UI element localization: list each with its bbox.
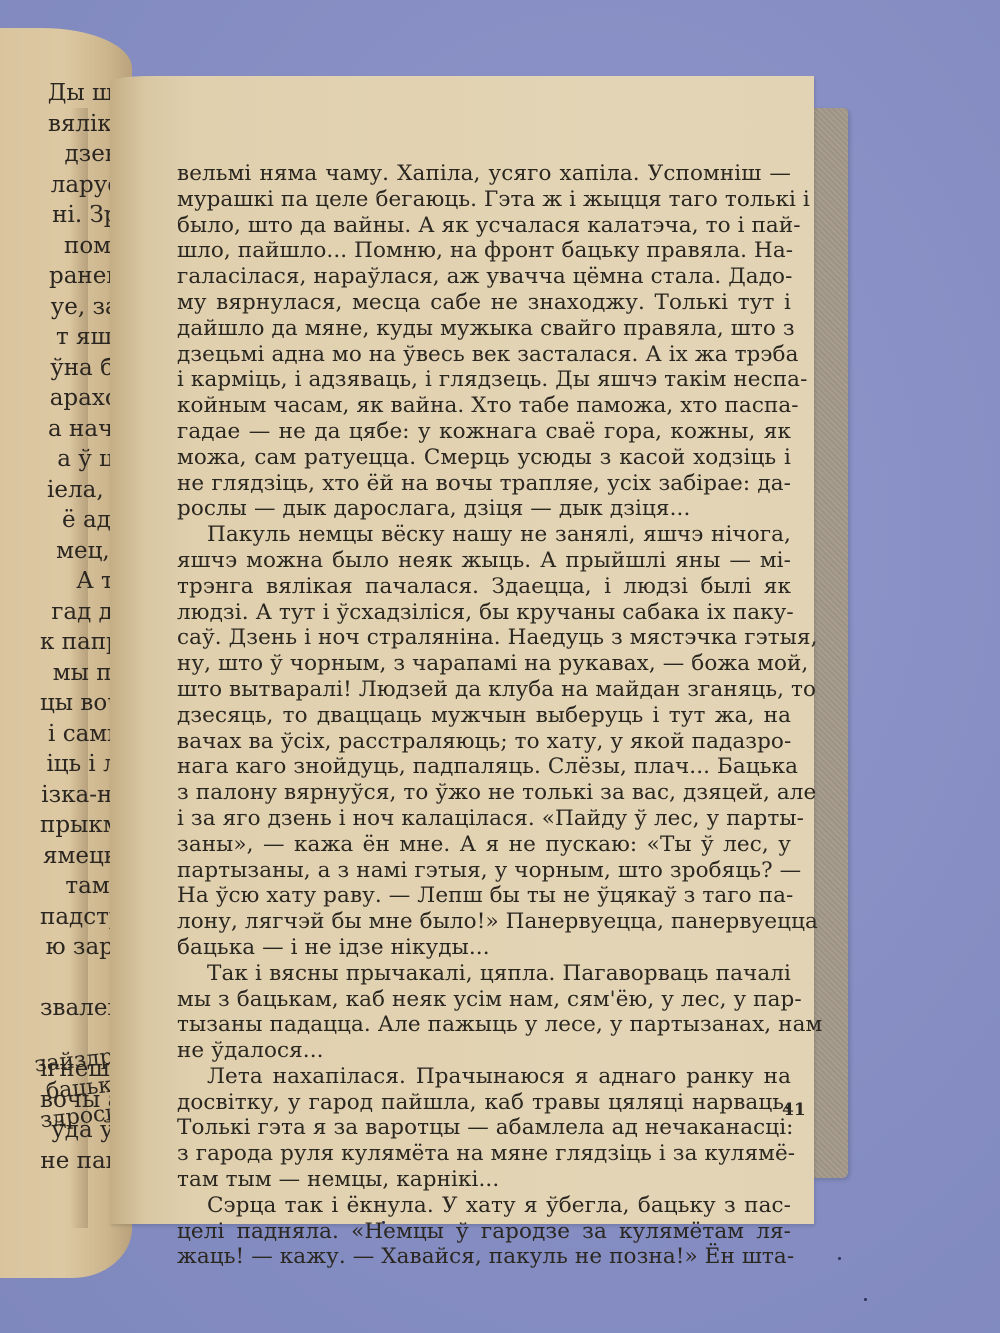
text-line: не глядзіць, хто ёй на вочы трапляе, усі… xyxy=(177,471,791,497)
page-body-text: вельмі няма чаму. Хапіла, усяго хапіла. … xyxy=(177,161,791,1270)
text-line: койным часам, як вайна. Хто табе паможа,… xyxy=(177,393,791,419)
text-line: партызаны, а з намі гэтыя, у чорным, што… xyxy=(177,858,791,884)
text-line: му вярнулася, месца сабе не знаходжу. То… xyxy=(177,290,791,316)
text-line: целі падняла. «Немцы ў гародзе за кулямё… xyxy=(177,1219,791,1245)
text-line: жаць! — кажу. — Хавайся, пакуль не позна… xyxy=(177,1244,791,1270)
text-line: дзецьмі адна мо на ўвесь век засталася. … xyxy=(177,342,791,368)
text-line: гадае — не да цябе: у кожнага сваё гора,… xyxy=(177,419,791,445)
text-line: тызаны падацца. Але пажыць у лесе, у пар… xyxy=(177,1012,791,1038)
text-line: мы з бацькам, каб неяк усім нам, сям'ёю,… xyxy=(177,987,791,1013)
text-line: рослы — дык дарослага, дзіця — дык дзіця… xyxy=(177,496,791,522)
text-line: бацька — і не ідзе нікуды... xyxy=(177,935,791,961)
text-line: галасілася, нараўлася, аж увачча цёмна с… xyxy=(177,264,791,290)
text-line: дзесяць, то дваццаць мужчын выберуць і т… xyxy=(177,703,791,729)
text-line: Пакуль немцы вёску нашу не занялі, яшчэ … xyxy=(177,522,791,548)
text-line: Толькі гэта я за варотцы — абамлела ад н… xyxy=(177,1115,791,1141)
dust-speck xyxy=(382,1221,385,1224)
text-line: Лета нахапілася. Прачынаюся я аднаго ран… xyxy=(177,1064,791,1090)
text-line: дайшло да мяне, куды мужыка свайго правя… xyxy=(177,316,791,342)
dust-speck xyxy=(838,1257,841,1260)
text-line: Так і вясны прычакалі, цяпла. Пагаворвац… xyxy=(177,961,791,987)
text-line: досвітку, у гарод пайшла, каб травы цяля… xyxy=(177,1090,791,1116)
text-line: вачах ва ўсіх, расстраляюць; то хату, у … xyxy=(177,729,791,755)
text-line: што вытваралі! Людзей да клуба на майдан… xyxy=(177,677,791,703)
text-line: з палону вярнуўся, то ўжо не толькі за в… xyxy=(177,780,791,806)
text-line: і карміць, і адзяваць, і глядзець. Ды яш… xyxy=(177,367,791,393)
text-line: вельмі няма чаму. Хапіла, усяго хапіла. … xyxy=(177,161,791,187)
text-line: там тым — немцы, карнікі... xyxy=(177,1167,791,1193)
text-line: было, што да вайны. А як усчалася калатэ… xyxy=(177,213,791,239)
text-line: яшчэ можна было неяк жыць. А прыйшлі яны… xyxy=(177,548,791,574)
text-line: з гарода руля кулямёта на мяне глядзіць … xyxy=(177,1141,791,1167)
text-line: заны», — кажа ён мне. А я не пускаю: «Ты… xyxy=(177,832,791,858)
text-line: нага каго знойдуць, падпаляць. Слёзы, пл… xyxy=(177,754,791,780)
text-line: лону, лягчэй бы мне было!» Панервуецца, … xyxy=(177,909,791,935)
text-line: людзі. А тут і ўсхадзіліся, бы кручаны с… xyxy=(177,600,791,626)
text-line: шло, пайшло... Помню, на фронт бацьку пр… xyxy=(177,238,791,264)
text-line: мурашкі па целе бегаюць. Гэта ж і жыцця … xyxy=(177,187,791,213)
text-line: ну, што ў чорным, з чарапамі на рукавах,… xyxy=(177,651,791,677)
text-line: трэнга вялікая пачалася. Здаецца, і людз… xyxy=(177,574,791,600)
page-number: 41 xyxy=(782,1100,806,1120)
text-line: і за яго дзень і ноч калацілася. «Пайду … xyxy=(177,806,791,832)
dust-speck xyxy=(864,1298,867,1301)
right-page: вельмі няма чаму. Хапіла, усяго хапіла. … xyxy=(110,76,814,1224)
text-line: не ўдалося... xyxy=(177,1038,791,1064)
text-line: саў. Дзень і ноч страляніна. Наедуць з м… xyxy=(177,625,791,651)
text-line: можа, сам ратуецца. Смерць усюды з касой… xyxy=(177,445,791,471)
text-line: На ўсю хату раву. — Лепш бы ты не ўцякаў… xyxy=(177,883,791,909)
text-line: Сэрца так і ёкнула. У хату я ўбегла, бац… xyxy=(177,1193,791,1219)
